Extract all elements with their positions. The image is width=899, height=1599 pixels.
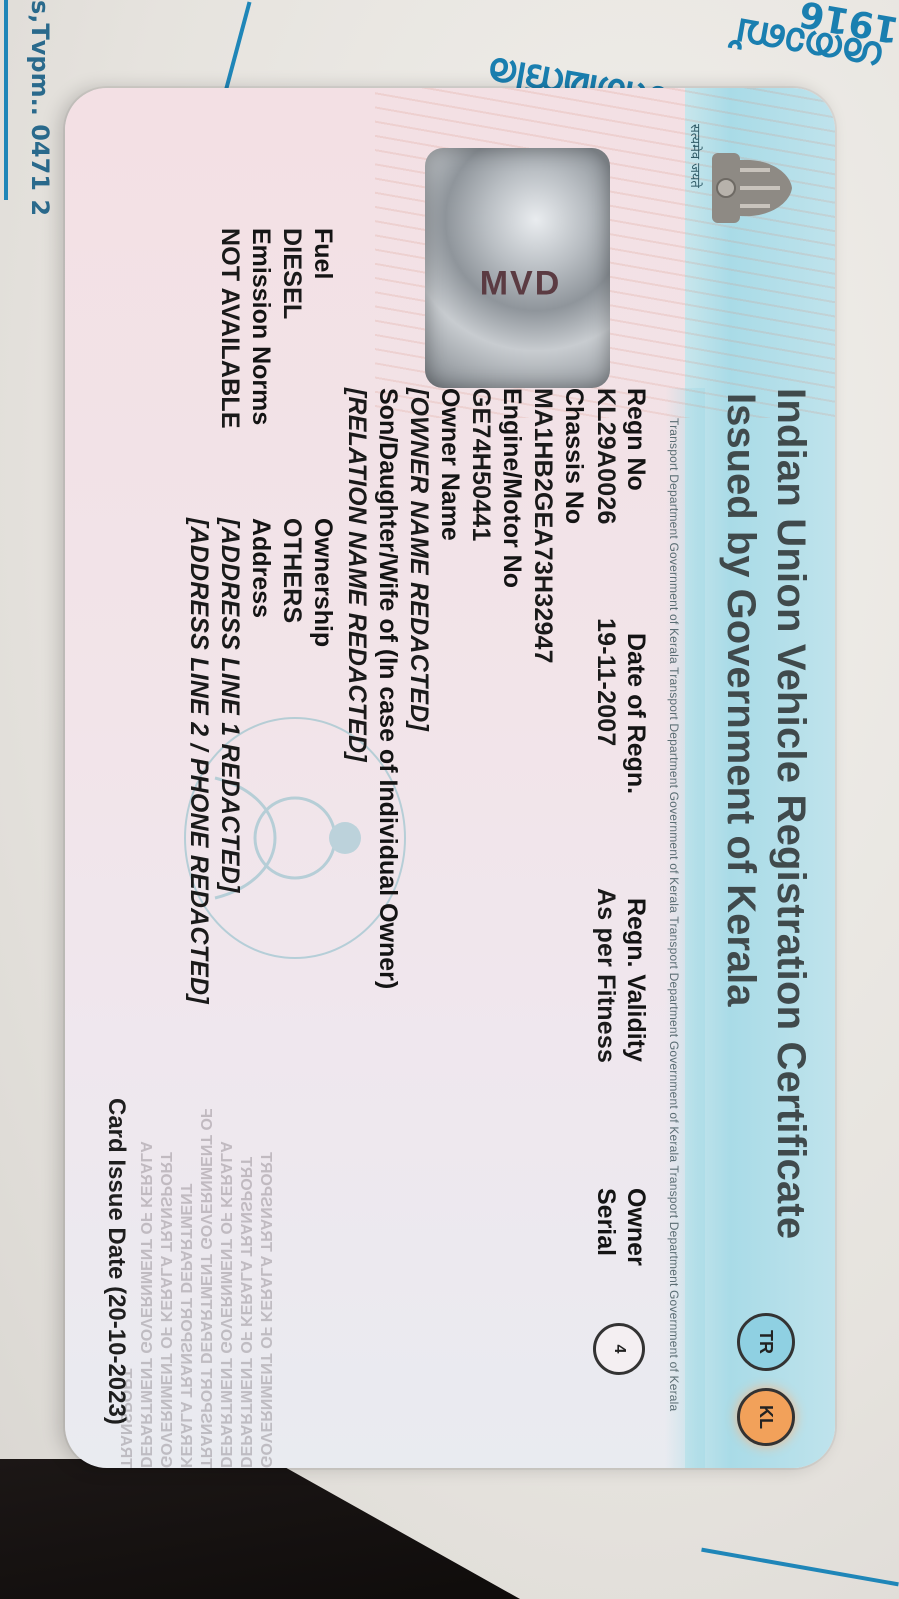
owner-serial-label: Owner [621, 1188, 650, 1266]
emission-norms-value: NOT AVAILABLE [215, 228, 244, 429]
chassis-no-label: Chassis No [559, 388, 588, 524]
engine-no-label: Engine/Motor No [497, 388, 526, 588]
owner-name-value: [OWNER NAME REDACTED] [404, 388, 433, 731]
relation-name-value: [RELATION NAME REDACTED] [342, 388, 371, 762]
address-line-1: [ADDRESS LINE 1 REDACTED] [215, 518, 244, 892]
address-label: Address [246, 518, 275, 618]
emission-norms-label: Emission Norms [246, 228, 275, 425]
card-title: Indian Union Vehicle Registration Certif… [768, 388, 813, 1239]
tr-badge: TR [737, 1313, 795, 1371]
owner-name-label: Owner Name [435, 388, 464, 541]
address-line-2: [ADDRESS LINE 2 / PHONE REDACTED] [184, 518, 213, 1004]
ownership-label: Ownership [308, 518, 337, 647]
date-of-regn-value: 19-11-2007 [591, 618, 620, 747]
emblem-motto: सत्यमेव जयते [687, 124, 705, 188]
hologram-label: MVD [480, 264, 562, 303]
owner-serial-label-2: Serial [591, 1188, 620, 1256]
regn-validity-label: Regn. Validity [621, 898, 650, 1062]
paper-side-print: s,Tvpm.. 0471 2 [26, 0, 54, 216]
card-issue-date: Card Issue Date (20-10-2023) [102, 1098, 130, 1425]
engine-no-value: GE74H50441 [466, 388, 495, 542]
security-microline: Transport Department Government of Keral… [667, 418, 681, 1411]
chassis-no-value: MA1HB2GEA73H32947 [528, 388, 557, 664]
relation-label: Son/Daughter/Wife of (In case of Individ… [373, 388, 402, 989]
date-of-regn-label: Date of Regn. [621, 633, 650, 794]
rc-card-body: सत्यमेव जयते Indian Union Vehicle Regist… [65, 88, 835, 1468]
paper-rule-line [701, 1548, 899, 1587]
regn-no-label: Regn No [621, 388, 650, 491]
owner-serial-badge: 4 [593, 1323, 645, 1375]
security-wave-text: GOVERNMENT OF KERALA TRANSPORT DEPARTMEN… [65, 1088, 275, 1468]
mvd-hologram: MVD [425, 148, 610, 388]
fuel-label: Fuel [308, 228, 337, 279]
paper-rule-line [4, 0, 8, 200]
kl-badge: KL [737, 1388, 795, 1446]
ownership-value: OTHERS [277, 518, 306, 623]
regn-validity-value: As per Fitness [591, 888, 620, 1063]
dark-surface-corner [0, 1459, 520, 1599]
rc-card: सत्यमेव जयते Indian Union Vehicle Regist… [65, 88, 835, 1468]
national-emblem-icon [690, 128, 810, 248]
fuel-value: DIESEL [277, 228, 306, 320]
regn-no-value: KL29A0026 [591, 388, 620, 525]
card-subtitle: Issued by Government of Kerala [718, 393, 763, 1007]
